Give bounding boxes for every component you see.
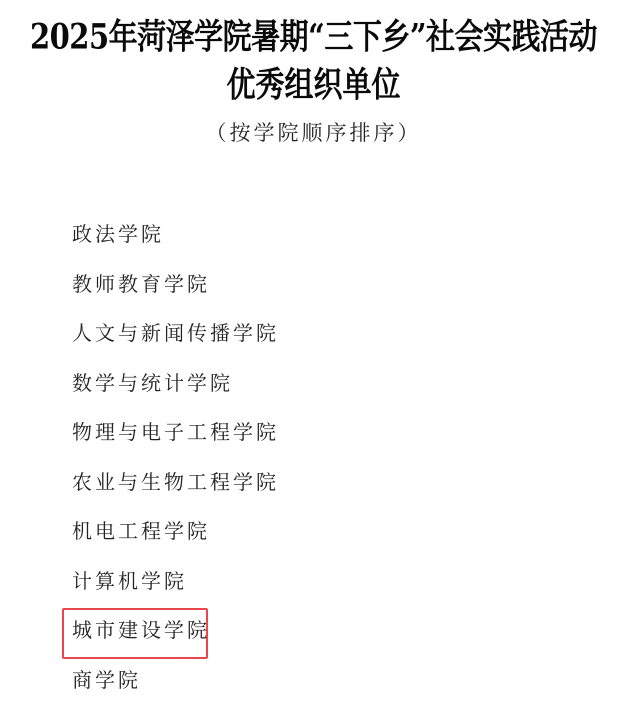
list-item: 物理与电子工程学院 — [72, 416, 279, 466]
list-item: 人文与新闻传播学院 — [72, 317, 279, 367]
document-subtitle: （按学院顺序排序） — [0, 117, 627, 147]
list-item: 政法学院 — [72, 218, 279, 268]
list-item: 商学院 — [72, 664, 279, 712]
document-title-line-1: 2025年菏泽学院暑期“三下乡”社会实践活动 — [0, 10, 627, 59]
list-item: 机电工程学院 — [72, 515, 279, 565]
list-item: 数学与统计学院 — [72, 367, 279, 417]
list-item: 教师教育学院 — [72, 268, 279, 318]
list-item: 计算机学院 — [72, 565, 279, 615]
list-item: 农业与生物工程学院 — [72, 466, 279, 516]
highlight-box — [62, 608, 208, 659]
document-title-line-2: 优秀组织单位 — [0, 58, 627, 107]
